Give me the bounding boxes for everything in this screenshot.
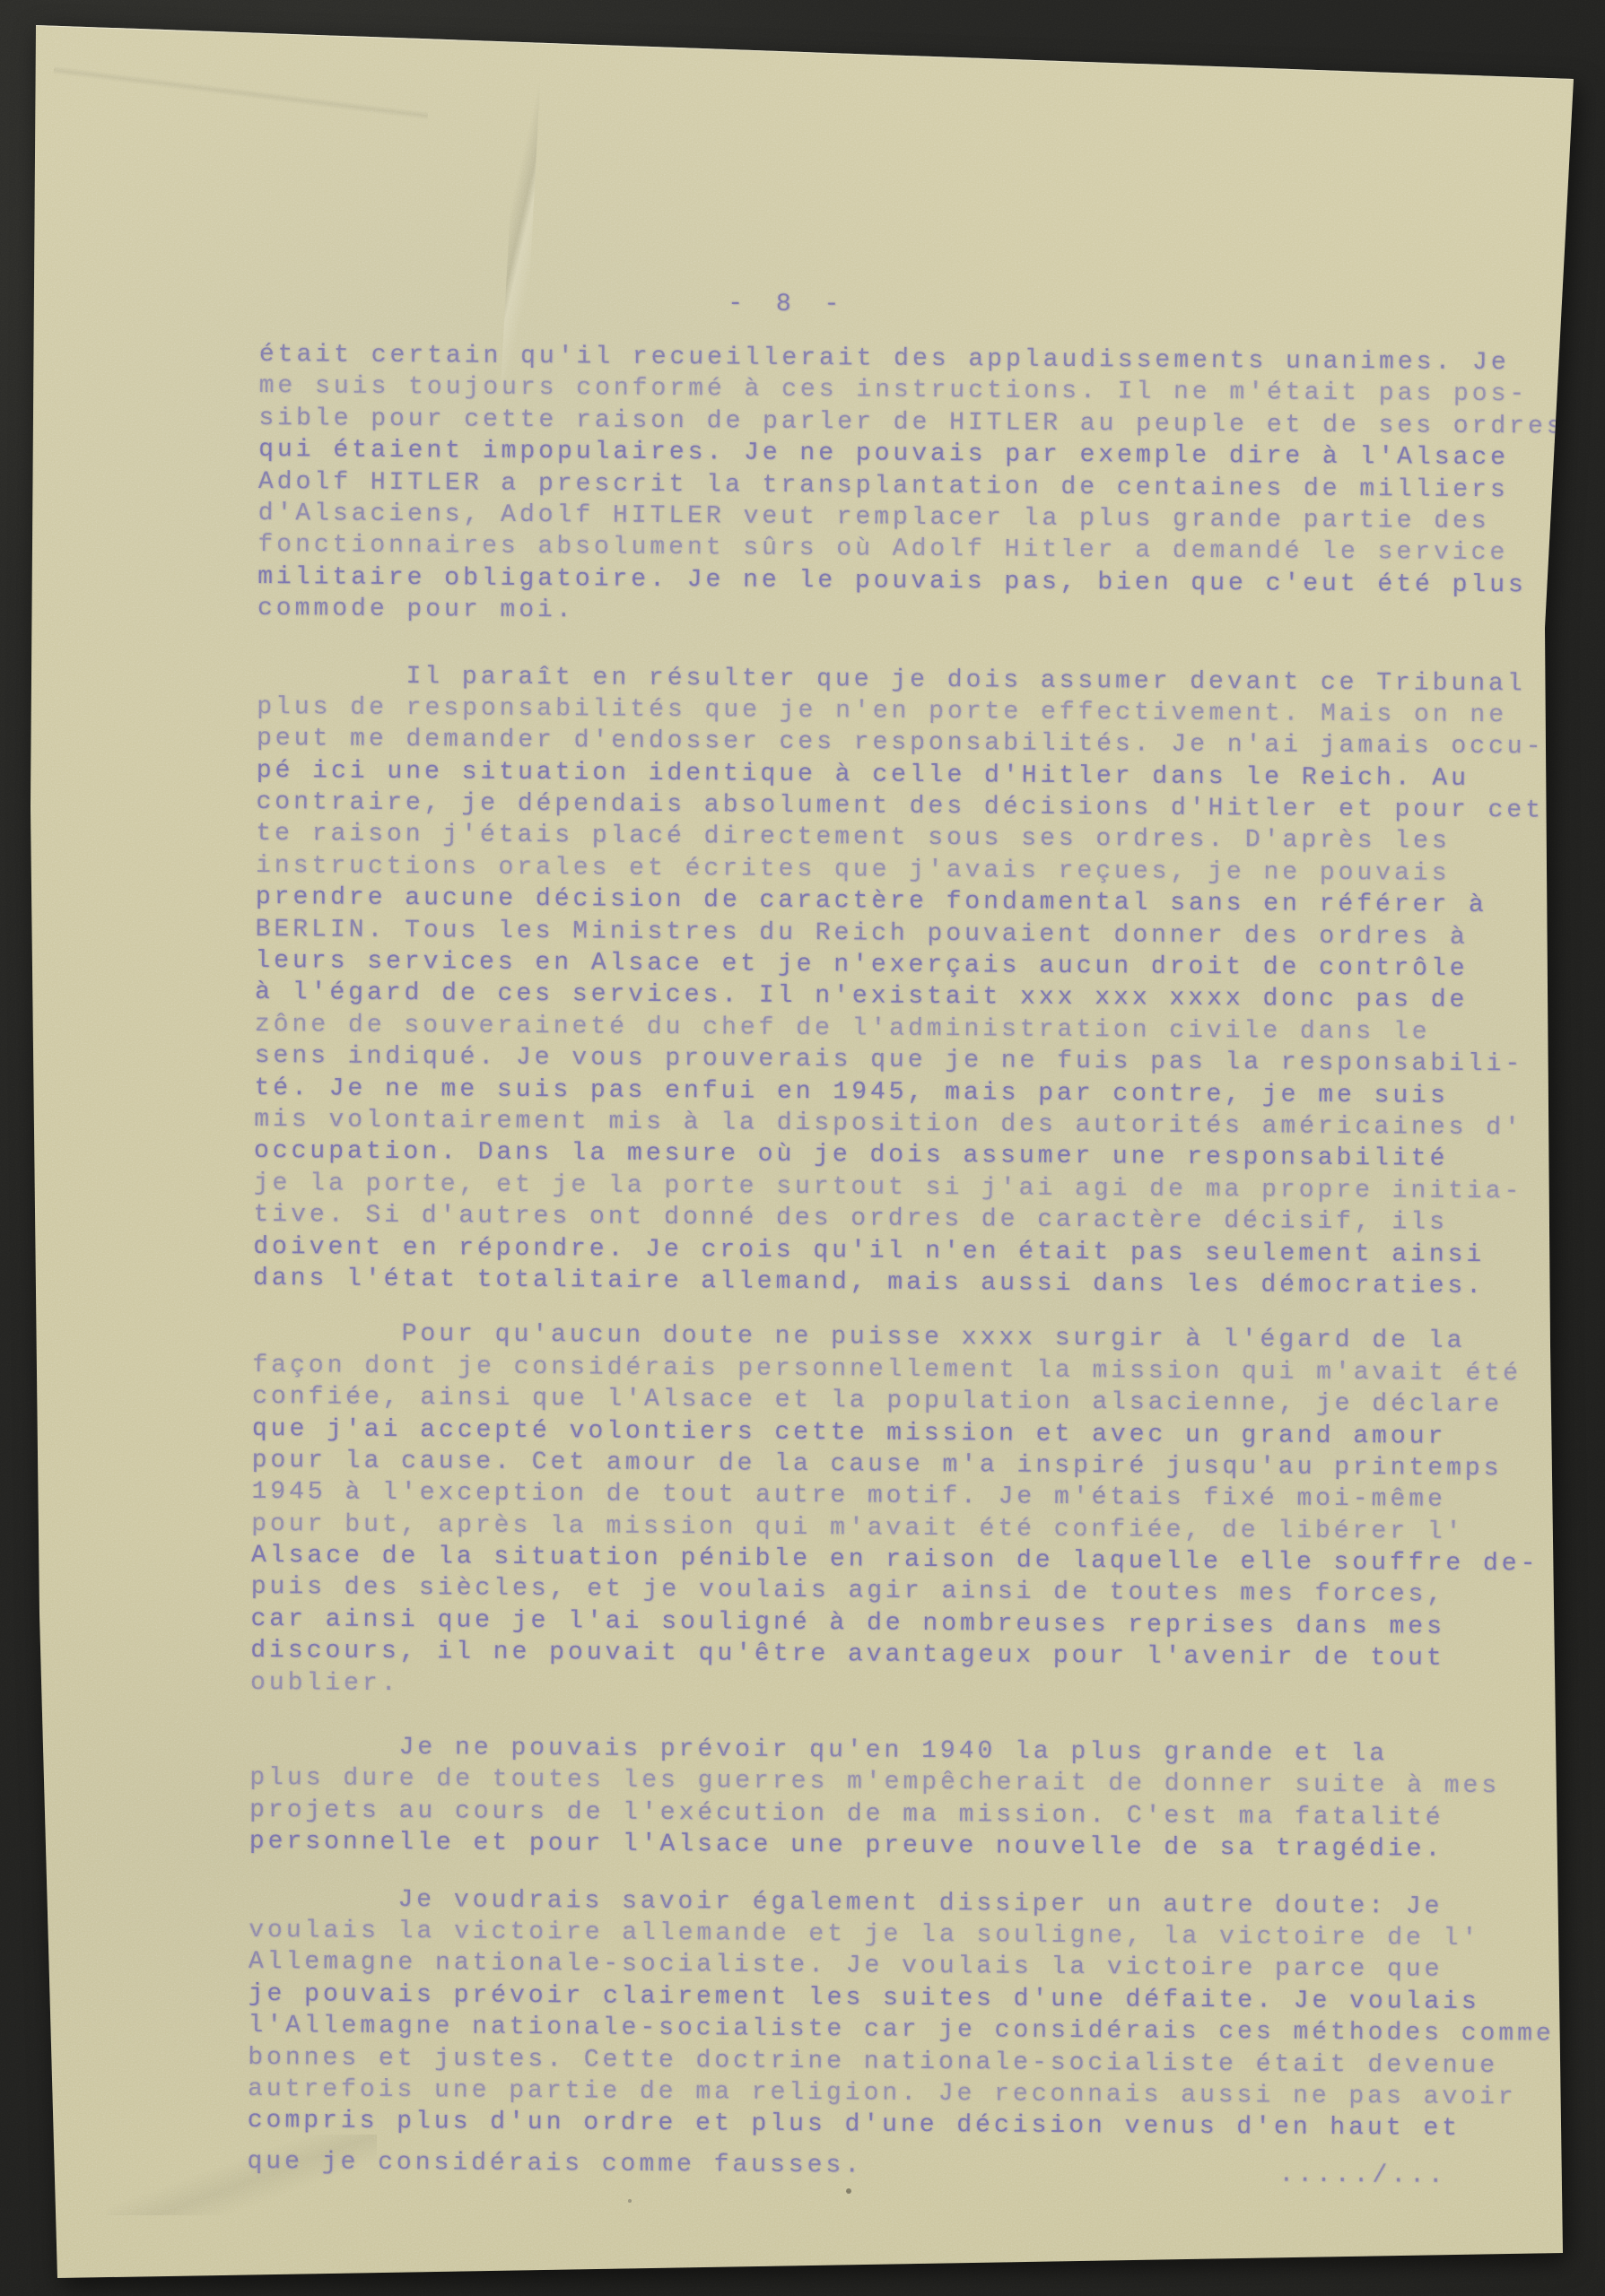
red-ink-speck [1566, 1964, 1570, 1968]
dark-speck [628, 2199, 632, 2203]
paper-top-edge-highlight [34, 23, 1573, 80]
paragraph: Je voudrais savoir également dissiper un… [248, 1883, 1577, 2146]
paragraph: était certain qu'il recueillerait des ap… [257, 339, 1587, 633]
paragraph: Pour qu'aucun doute ne puisse xxxx surgi… [250, 1318, 1581, 1707]
paragraph: Je ne pouvais prévoir qu'en 1940 la plus… [249, 1731, 1578, 1866]
paragraph: Il paraît en résulter que je dois assume… [253, 660, 1585, 1304]
page-number: - 8 - [728, 288, 848, 320]
paper-crease [53, 63, 429, 123]
typewritten-text-block: - 8 - était certain qu'il recueillerait … [247, 339, 1587, 2187]
paper-shadow-wrapper: - 8 - était certain qu'il recueillerait … [0, 0, 1605, 2296]
document-page: - 8 - était certain qu'il recueillerait … [0, 0, 1605, 2296]
continuation-mark: ...../... [1278, 2160, 1446, 2193]
dark-speck [846, 2188, 851, 2194]
